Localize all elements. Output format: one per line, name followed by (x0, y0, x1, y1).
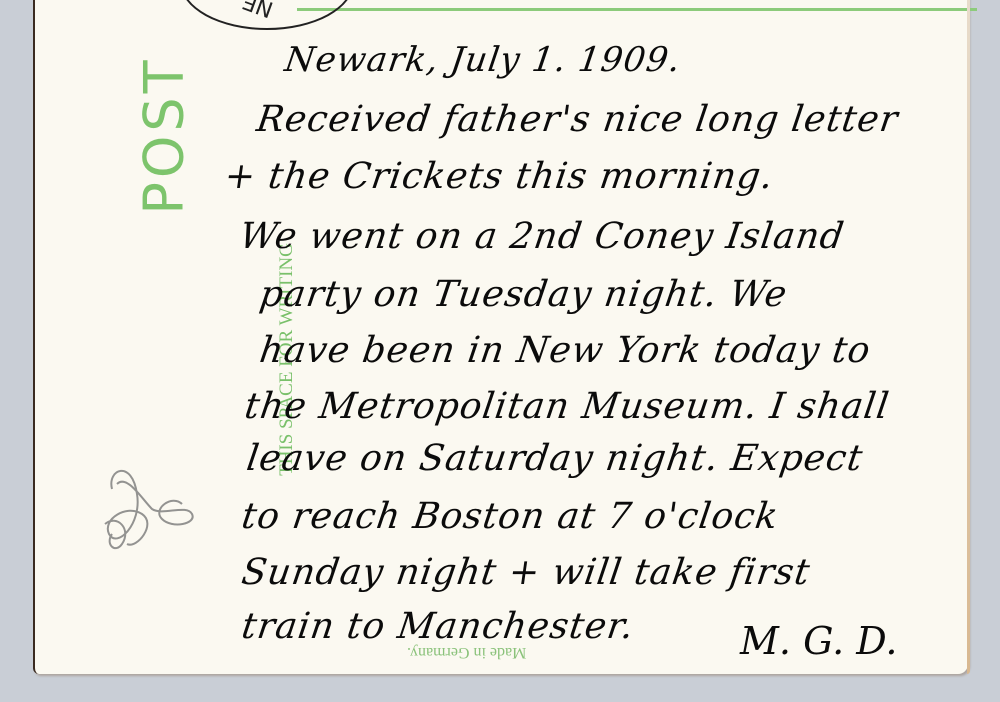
pencil-scribble-icon (97, 454, 207, 564)
postcard-back: NE POST THIS SPACE FOR WRITING Newark, J… (33, 0, 968, 674)
handwritten-line-5: party on Tuesday night. We (257, 274, 790, 315)
address-divider-rule (297, 8, 977, 11)
handwritten-line-4: We went on a 2nd Coney Island (237, 216, 847, 257)
handwritten-line-8: leave on Saturday night. Expect (244, 438, 866, 479)
handwritten-line-1: Newark, July 1. 1909. (282, 40, 683, 80)
post-card-heading: POST (155, 14, 215, 234)
handwritten-line-7: the Metropolitan Museum. I shall (242, 386, 892, 427)
handwritten-line-10: Sunday night + will take first (239, 552, 813, 593)
signature: M. G. D. (740, 619, 897, 663)
handwritten-line-3: + the Crickets this morning. (222, 156, 776, 197)
handwritten-line-2: Received father's nice long letter (254, 99, 901, 140)
handwritten-line-6: have been in New York today to (257, 330, 873, 371)
made-in-germany-imprint: Made in Germany. (407, 643, 526, 661)
post-heading-text: POST (133, 56, 196, 214)
handwritten-line-11: train to Manchester. (239, 606, 637, 647)
handwritten-line-9: to reach Boston at 7 o'clock (239, 496, 781, 537)
